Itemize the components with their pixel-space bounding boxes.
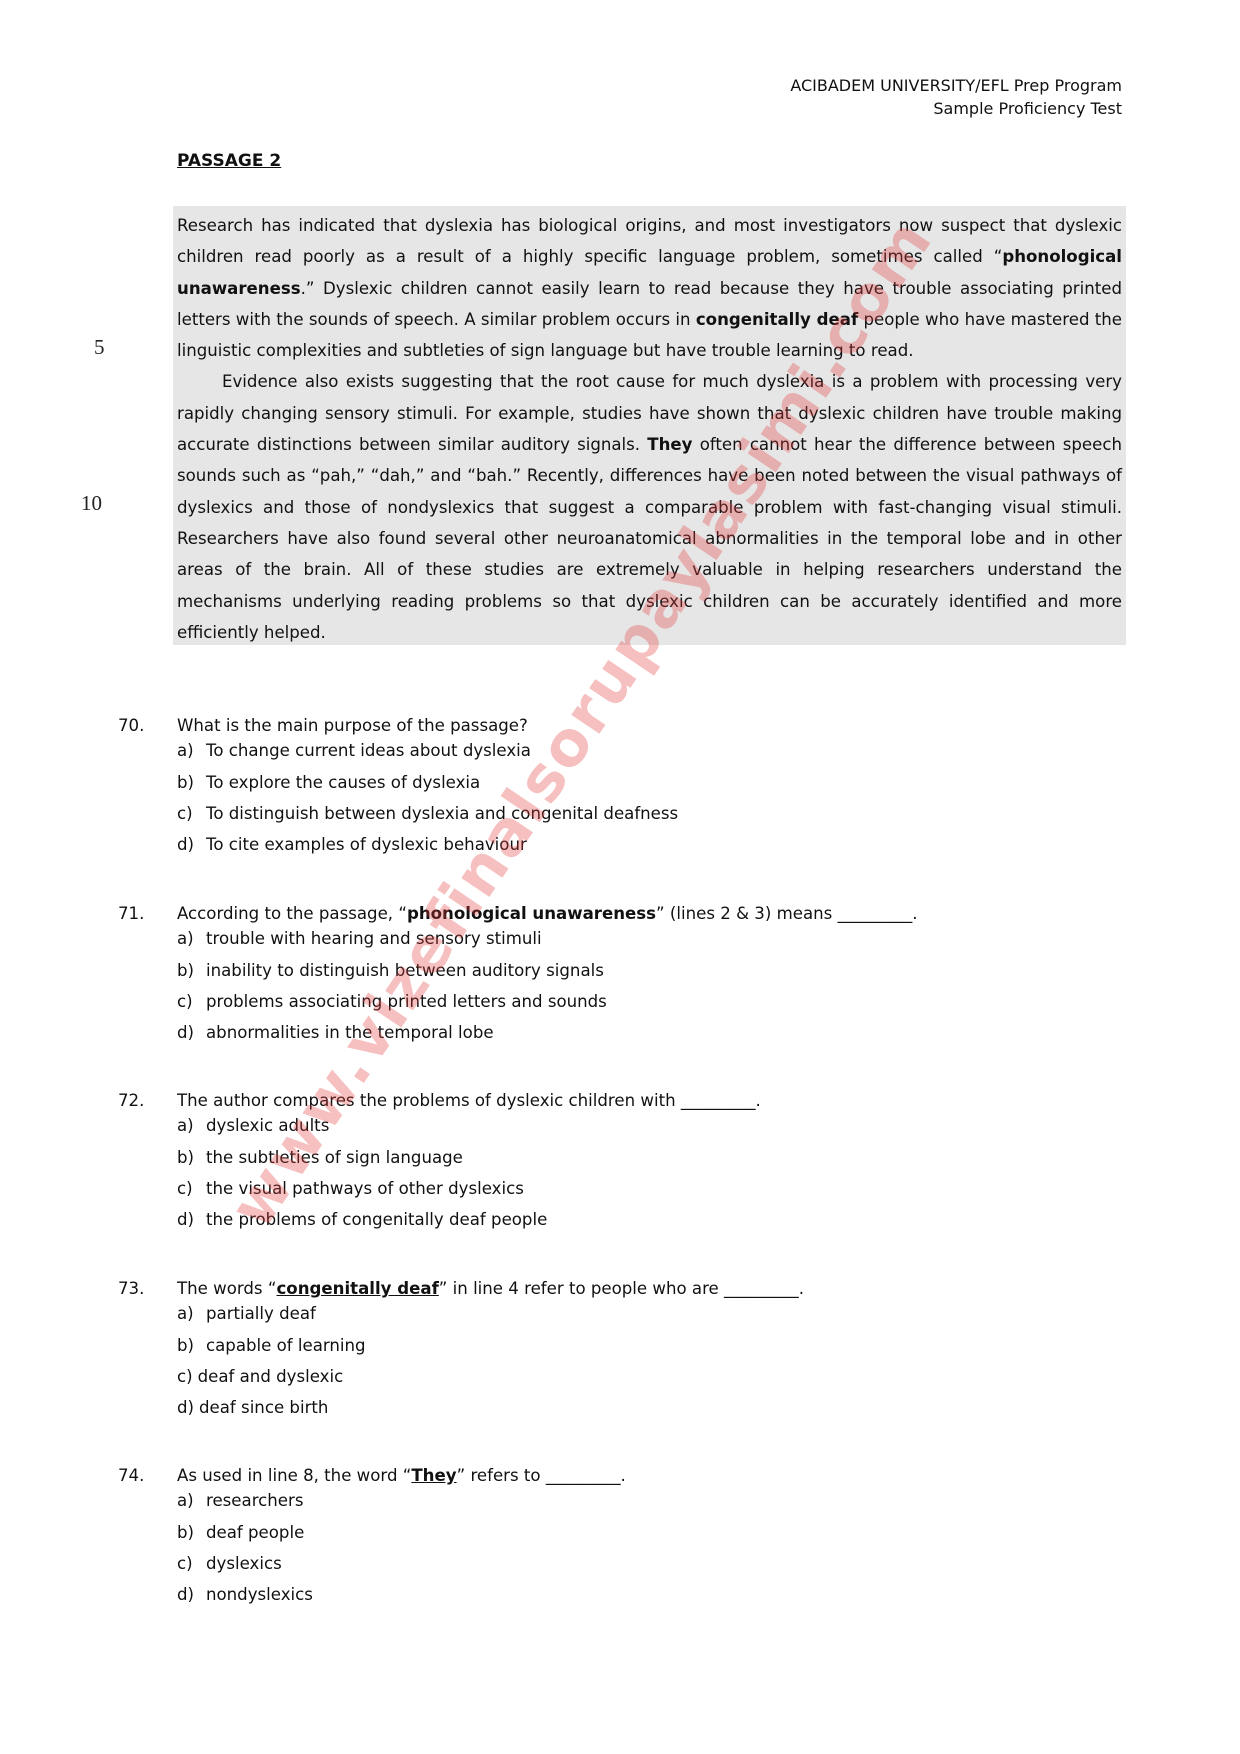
option-b[interactable]: b)the subtleties of sign language xyxy=(177,1148,463,1167)
option-c[interactable]: c)the visual pathways of other dyslexics xyxy=(177,1179,524,1198)
option-b[interactable]: b)To explore the causes of dyslexia xyxy=(177,773,480,792)
option-a[interactable]: a)researchers xyxy=(177,1491,303,1510)
line-number-10: 10 xyxy=(81,491,102,516)
line-number-5: 5 xyxy=(94,335,105,360)
option-d[interactable]: d)nondyslexics xyxy=(177,1585,313,1604)
option-b[interactable]: b)capable of learning xyxy=(177,1336,366,1355)
question-number: 72. xyxy=(118,1085,144,1116)
option-d[interactable]: d)deaf since birth xyxy=(177,1398,328,1417)
passage-body: Research has indicated that dyslexia has… xyxy=(177,210,1122,648)
question-number: 74. xyxy=(118,1460,144,1491)
question-71: 71.According to the passage, “phonologic… xyxy=(118,898,1118,929)
option-c[interactable]: c)dyslexics xyxy=(177,1554,282,1573)
option-c[interactable]: c)To distinguish between dyslexia and co… xyxy=(177,804,678,823)
question-text: According to the passage, “phonological … xyxy=(177,898,918,929)
header-test-name: Sample Proficiency Test xyxy=(790,97,1122,120)
option-a[interactable]: a)trouble with hearing and sensory stimu… xyxy=(177,929,542,948)
question-73: 73.The words “congenitally deaf” in line… xyxy=(118,1273,1118,1304)
option-a[interactable]: a)dyslexic adults xyxy=(177,1116,329,1135)
option-b[interactable]: b)inability to distinguish between audit… xyxy=(177,961,604,980)
option-d[interactable]: d)the problems of congenitally deaf peop… xyxy=(177,1210,547,1229)
question-74: 74.As used in line 8, the word “They” re… xyxy=(118,1460,1118,1491)
highlight-they: They xyxy=(647,435,692,454)
option-a[interactable]: a)To change current ideas about dyslexia xyxy=(177,741,531,760)
option-a[interactable]: a)partially deaf xyxy=(177,1304,316,1323)
question-text: As used in line 8, the word “They” refer… xyxy=(177,1460,626,1491)
option-d[interactable]: d)To cite examples of dyslexic behaviour xyxy=(177,835,527,854)
question-text: What is the main purpose of the passage? xyxy=(177,710,528,741)
question-72: 72.The author compares the problems of d… xyxy=(118,1085,1118,1116)
question-70: 70.What is the main purpose of the passa… xyxy=(118,710,1118,741)
question-number: 73. xyxy=(118,1273,144,1304)
question-text: The author compares the problems of dysl… xyxy=(177,1085,761,1116)
question-number: 70. xyxy=(118,710,144,741)
question-number: 71. xyxy=(118,898,144,929)
header-institution: ACIBADEM UNIVERSITY/EFL Prep Program xyxy=(790,74,1122,97)
passage-title: PASSAGE 2 xyxy=(177,151,281,171)
option-c[interactable]: c)deaf and dyslexic xyxy=(177,1367,343,1386)
page-header: ACIBADEM UNIVERSITY/EFL Prep Program Sam… xyxy=(790,74,1122,120)
highlight-congenitally-deaf: congenitally deaf xyxy=(696,310,858,329)
option-b[interactable]: b)deaf people xyxy=(177,1523,304,1542)
option-c[interactable]: c)problems associating printed letters a… xyxy=(177,992,607,1011)
passage-paragraph-2: Evidence also exists suggesting that the… xyxy=(177,366,1122,648)
option-d[interactable]: d)abnormalities in the temporal lobe xyxy=(177,1023,494,1042)
passage-paragraph-1: Research has indicated that dyslexia has… xyxy=(177,210,1122,366)
question-text: The words “congenitally deaf” in line 4 … xyxy=(177,1273,804,1304)
